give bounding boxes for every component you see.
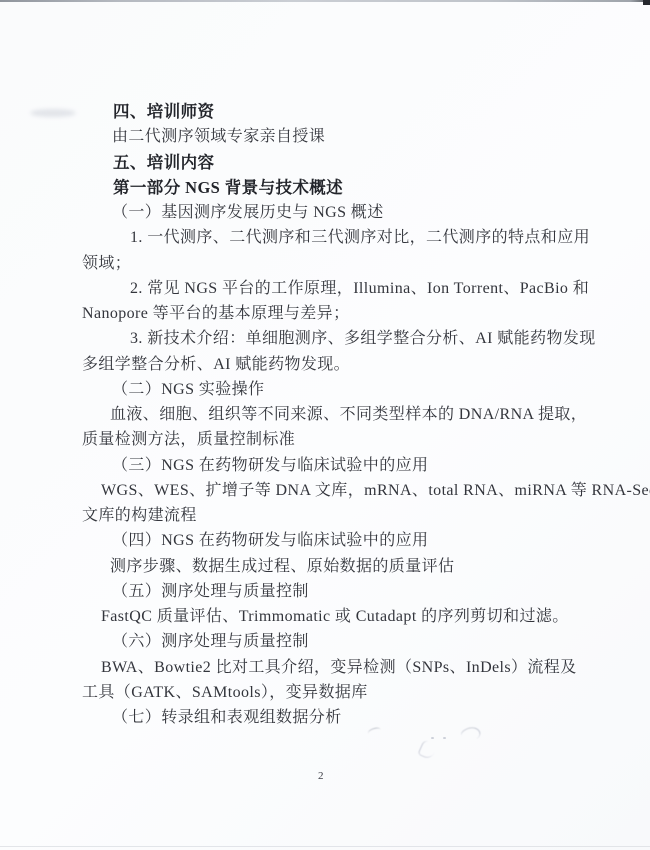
text-fastqc-trimming: FastQC 质量评估、Trimmomatic 或 Cutadapt 的序列剪切… [101, 604, 582, 629]
scan-artifact-corner-mark [643, 0, 650, 5]
text-variant-tools: 工具（GATK、SAMtools），变异数据库 [82, 680, 582, 705]
item-2-continuation: Nanopore 等平台的基本原理与差异； [82, 301, 582, 326]
text-sequencing-steps: 测序步骤、数据生成过程、原始数据的质量评估 [110, 554, 582, 579]
scan-artifact-bottom-edge [0, 846, 650, 847]
subheading-7-transcriptomics: （七）转录组和表观组数据分析 [112, 705, 582, 730]
subheading-2-ngs-lab-ops: （二）NGS 实验操作 [112, 377, 582, 402]
subheading-5-qc: （五）测序处理与质量控制 [112, 579, 582, 604]
scan-artifact-top-edge [0, 0, 650, 2]
scanned-document-page: 四、培训师资 由二代测序领域专家亲自授课 五、培训内容 第一部分 NGS 背景与… [0, 0, 650, 850]
heading-training-content: 五、培训内容 [113, 150, 582, 175]
subheading-3-drug-development: （三）NGS 在药物研发与临床试验中的应用 [112, 453, 582, 478]
page-number: 2 [318, 770, 324, 782]
item-2-ngs-platforms: 2. 常见 NGS 平台的工作原理，Illumina、Ion Torrent、P… [130, 276, 582, 301]
pencil-mark-dot [431, 737, 434, 739]
pencil-mark-dot [443, 737, 446, 739]
scan-smudge [30, 109, 76, 117]
item-1-continuation: 领域； [82, 251, 582, 276]
text-faculty-description: 由二代测序领域专家亲自授课 [112, 124, 582, 149]
text-library-types: WGS、WES、扩增子等 DNA 文库，mRNA、total RNA、miRNA… [101, 478, 582, 503]
text-sample-extraction: 血液、细胞、组织等不同来源、不同类型样本的 DNA/RNA 提取， [110, 402, 582, 427]
text-alignment-tools: BWA、Bowtie2 比对工具介绍，变异检测（SNPs、InDels）流程及 [101, 655, 582, 680]
heading-part1-ngs-overview: 第一部分 NGS 背景与技术概述 [113, 175, 582, 200]
subheading-6-qc: （六）测序处理与质量控制 [112, 629, 582, 654]
text-library-workflow: 文库的构建流程 [82, 503, 582, 528]
subheading-4-drug-development: （四）NGS 在药物研发与临床试验中的应用 [112, 528, 582, 553]
document-body: 四、培训师资 由二代测序领域专家亲自授课 五、培训内容 第一部分 NGS 背景与… [82, 99, 582, 730]
pencil-mark [417, 740, 437, 761]
text-quality-standards: 质量检测方法，质量控制标准 [82, 427, 582, 452]
heading-training-faculty: 四、培训师资 [113, 99, 582, 124]
item-3-new-technologies: 3. 新技术介绍：单细胞测序、多组学整合分析、AI 赋能药物发现 [130, 326, 582, 351]
item-3-continuation: 多组学整合分析、AI 赋能药物发现。 [82, 352, 582, 377]
subheading-1-history: （一）基因测序发展历史与 NGS 概述 [112, 200, 582, 225]
item-1-sequencing-generations: 1. 一代测序、二代测序和三代测序对比，二代测序的特点和应用 [130, 225, 582, 250]
